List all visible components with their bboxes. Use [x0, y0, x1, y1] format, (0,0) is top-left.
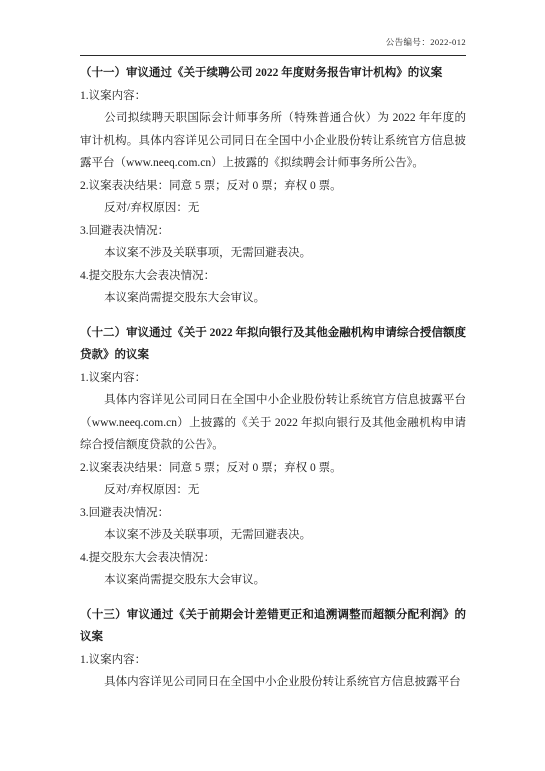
list-item: 1.议案内容：: [80, 367, 466, 390]
section-11: （十一）审议通过《关于续聘公司 2022 年度财务报告审计机构》的议案 1.议案…: [80, 62, 466, 310]
list-item: 4.提交股东大会表决情况：: [80, 265, 466, 288]
list-item: 1.议案内容：: [80, 85, 466, 108]
section-12-heading: （十二）审议通过《关于 2022 年拟向银行及其他金融机构申请综合授信额度贷款》…: [80, 322, 466, 367]
header-divider: [80, 55, 466, 56]
list-item: 1.议案内容：: [80, 649, 466, 672]
document-page: 公告编号：2022-012 （十一）审议通过《关于续聘公司 2022 年度财务报…: [0, 0, 545, 771]
sub-line: 本议案不涉及关联事项，无需回避表决。: [80, 242, 466, 265]
paragraph: 具体内容详见公司同日在全国中小企业股份转让系统官方信息披露平台（www.neeq…: [80, 389, 466, 457]
sub-line: 本议案尚需提交股东大会审议。: [80, 569, 466, 592]
sub-line: 反对/弃权原因：无: [80, 479, 466, 502]
list-item: 4.提交股东大会表决情况：: [80, 547, 466, 570]
section-13-heading: （十三）审议通过《关于前期会计差错更正和追溯调整而超额分配利润》的议案: [80, 604, 466, 649]
paragraph: 公司拟续聘天职国际会计师事务所（特殊普通合伙）为 2022 年年度的审计机构。具…: [80, 107, 466, 175]
list-item: 3.回避表决情况：: [80, 220, 466, 243]
section-11-heading: （十一）审议通过《关于续聘公司 2022 年度财务报告审计机构》的议案: [80, 62, 466, 85]
sub-line: 本议案不涉及关联事项，无需回避表决。: [80, 524, 466, 547]
list-item: 2.议案表决结果：同意 5 票；反对 0 票；弃权 0 票。: [80, 175, 466, 198]
section-12: （十二）审议通过《关于 2022 年拟向银行及其他金融机构申请综合授信额度贷款》…: [80, 322, 466, 592]
sub-line: 反对/弃权原因：无: [80, 197, 466, 220]
section-13: （十三）审议通过《关于前期会计差错更正和追溯调整而超额分配利润》的议案 1.议案…: [80, 604, 466, 694]
list-item: 3.回避表决情况：: [80, 502, 466, 525]
sub-line: 本议案尚需提交股东大会审议。: [80, 287, 466, 310]
document-body: （十一）审议通过《关于续聘公司 2022 年度财务报告审计机构》的议案 1.议案…: [80, 62, 466, 694]
announcement-number: 公告编号：2022-012: [80, 36, 466, 48]
paragraph: 具体内容详见公司同日在全国中小企业股份转让系统官方信息披露平台: [80, 671, 466, 694]
list-item: 2.议案表决结果：同意 5 票；反对 0 票；弃权 0 票。: [80, 457, 466, 480]
